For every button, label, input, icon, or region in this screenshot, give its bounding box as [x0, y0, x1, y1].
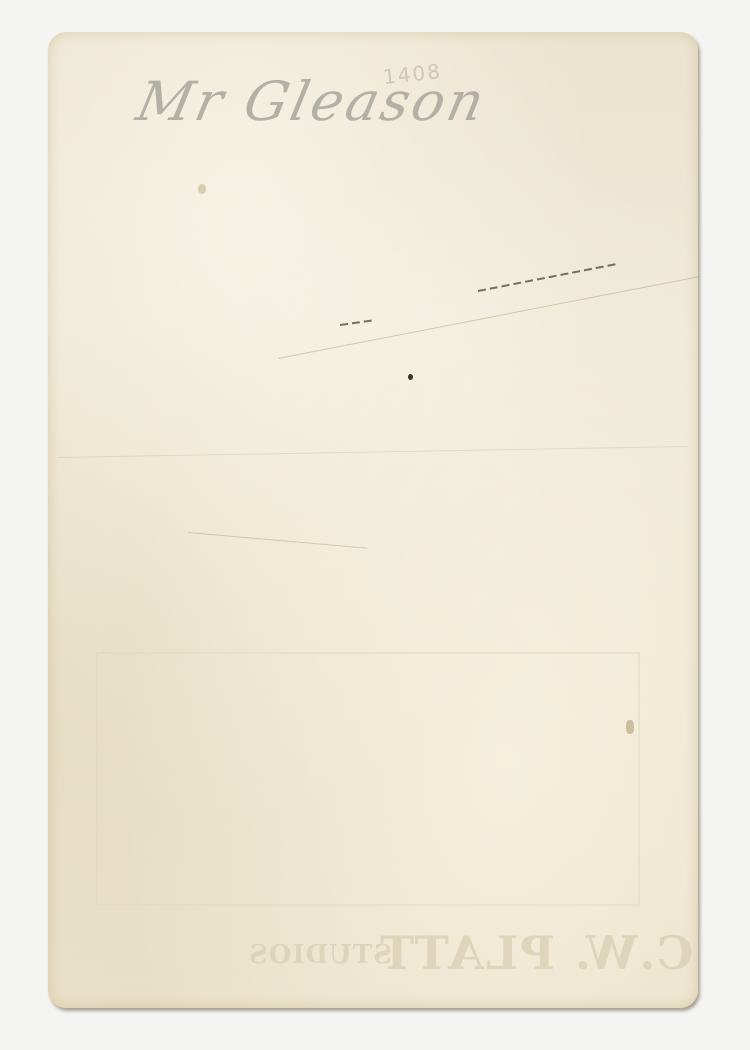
- handwritten-name: Mr Gleason: [131, 70, 492, 133]
- scratch-mark: [340, 319, 374, 326]
- stain-spot: [198, 184, 206, 194]
- studio-imprint-studios: STUDIOS: [248, 940, 392, 970]
- studio-imprint-brand: C.W. PLATT: [378, 926, 693, 980]
- faint-frame-outline: [96, 652, 640, 906]
- crease-mark: [58, 446, 688, 458]
- cabinet-card-back: 1408 Mr Gleason C.W. PLATT STUDIOS: [48, 32, 698, 1008]
- crease-mark: [188, 532, 367, 549]
- ink-spot: [408, 374, 413, 380]
- scratch-mark: [478, 263, 616, 292]
